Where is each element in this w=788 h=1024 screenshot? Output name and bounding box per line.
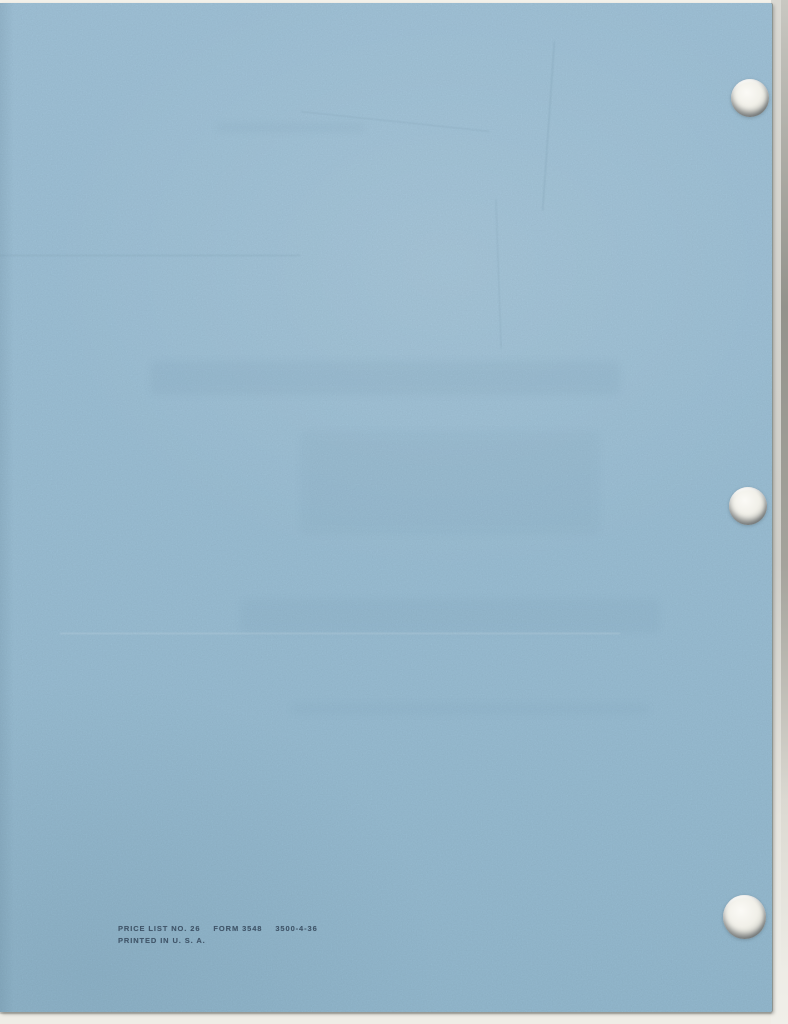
punch-hole — [723, 895, 766, 939]
paper-crease — [0, 255, 300, 256]
punch-hole — [731, 79, 769, 117]
ghost-showthrough — [150, 361, 620, 395]
paper-grain-texture — [0, 3, 772, 1012]
printed-in-usa-text: PRINTED IN U. S. A. — [118, 935, 206, 947]
ghost-showthrough — [240, 599, 660, 633]
footer-imprint-line2: PRINTED IN U. S. A. — [118, 935, 318, 947]
ghost-showthrough — [215, 123, 365, 132]
paper-crease — [542, 41, 555, 211]
footer-imprint-line1: PRICE LIST NO. 26 FORM 3548 3500-4-36 — [118, 923, 318, 935]
price-list-number: PRICE LIST NO. 26 — [118, 923, 200, 935]
print-run-code: 3500-4-36 — [275, 923, 317, 935]
ghost-showthrough — [300, 431, 600, 535]
paper-crease — [495, 199, 501, 349]
scan-gutter-shadow — [781, 0, 788, 1024]
paper-crease — [60, 633, 620, 634]
footer-imprint: PRICE LIST NO. 26 FORM 3548 3500-4-36 PR… — [118, 923, 318, 947]
scan-background: { "document": { "kind": "scanned-back-co… — [0, 0, 788, 1024]
punch-hole — [729, 487, 767, 525]
paper-sheet: PRICE LIST NO. 26 FORM 3548 3500-4-36 PR… — [0, 3, 772, 1012]
form-number: FORM 3548 — [213, 923, 262, 935]
ghost-showthrough — [290, 703, 650, 715]
paper-crease — [300, 111, 489, 132]
